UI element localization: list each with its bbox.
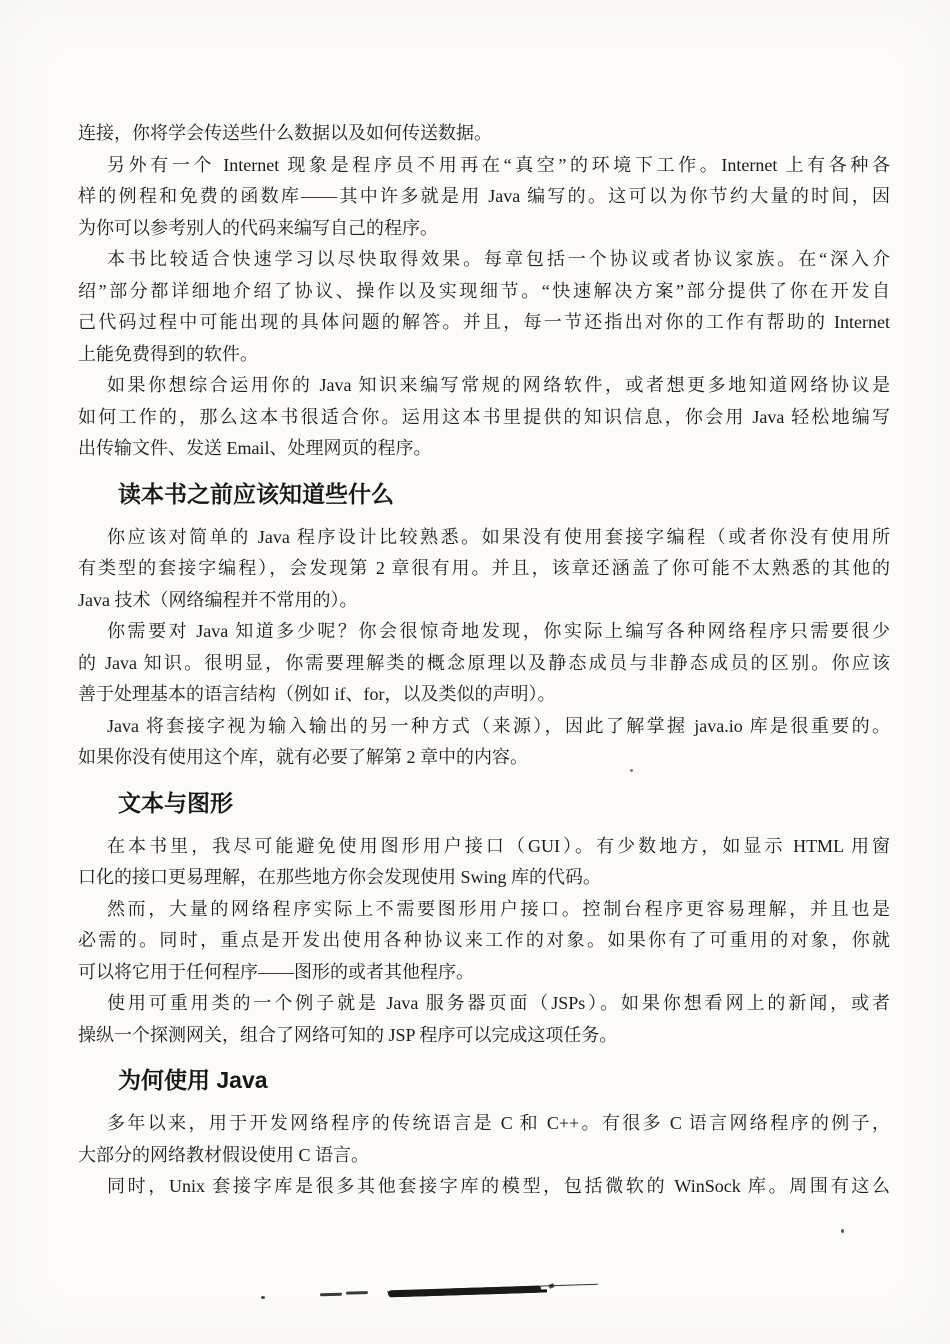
- text-line: Java 技术（网络编程并不常用的）。: [78, 585, 890, 617]
- paragraph: 然而，大量的网络程序实际上不需要图形用户接口。控制台程序更容易理解，并且也是必需…: [78, 894, 890, 989]
- text-line: Java 将套接字视为输入输出的另一种方式（来源），因此了解掌握 java.io…: [78, 711, 890, 743]
- text-line: 如果你没有使用这个库，就有必要了解第 2 章中的内容。: [78, 742, 890, 774]
- text-line: 在本书里，我尽可能避免使用图形用户接口（GUI）。有少数地方，如显示 HTML …: [78, 831, 890, 863]
- text-line: 连接，你将学会传送些什么数据以及如何传送数据。: [78, 118, 890, 150]
- ink-speck-artifact: [841, 1229, 844, 1233]
- text-line: 的 Java 知识。很明显，你需要理解类的概念原理以及静态成员与非静态成员的区别…: [78, 648, 890, 680]
- section-heading: 文本与图形: [118, 787, 890, 819]
- ink-dash-artifact: [320, 1293, 342, 1297]
- text-line: 样的例程和免费的函数库——其中许多就是用 Java 编写的。这可以为你节约大量的…: [78, 181, 890, 213]
- text-line: 上能免费得到的软件。: [78, 339, 890, 371]
- ink-tick-artifact: [548, 1283, 554, 1288]
- paragraph: 多年以来，用于开发网络程序的传统语言是 C 和 C++。有很多 C 语言网络程序…: [78, 1108, 890, 1171]
- ink-smudge-artifact: [388, 1286, 541, 1298]
- page-text: 连接，你将学会传送些什么数据以及如何传送数据。另外有一个 Internet 现象…: [78, 118, 890, 1203]
- paragraph: 使用可重用类的一个例子就是 Java 服务器页面（JSPs）。如果你想看网上的新…: [78, 988, 890, 1051]
- text-line: 你应该对简单的 Java 程序设计比较熟悉。如果没有使用套接字编程（或者你没有使…: [78, 522, 890, 554]
- text-line: 口化的接口更易理解，在那些地方你会发现使用 Swing 库的代码。: [78, 862, 890, 894]
- text-line: 己代码过程中可能出现的具体问题的解答。并且，每一节还指出对你的工作有帮助的 In…: [78, 307, 890, 339]
- text-line: 你需要对 Java 知道多少呢？你会很惊奇地发现，你实际上编写各种网络程序只需要…: [78, 616, 890, 648]
- section-heading: 读本书之前应该知道些什么: [118, 478, 890, 510]
- text-line: 必需的。同时，重点是开发出使用各种协议来工作的对象。如果你有了可重用的对象，你就: [78, 925, 890, 957]
- paragraph: 同时，Unix 套接字库是很多其他套接字库的模型，包括微软的 WinSock 库…: [78, 1171, 890, 1203]
- text-line: 本书比较适合快速学习以尽快取得效果。每章包括一个协议或者协议家族。在“深入介: [78, 244, 890, 276]
- ink-speck-artifact: [630, 769, 633, 772]
- text-line: 多年以来，用于开发网络程序的传统语言是 C 和 C++。有很多 C 语言网络程序…: [78, 1108, 890, 1140]
- text-line: 有类型的套接字编程），会发现第 2 章很有用。并且，该章还涵盖了你可能不太熟悉的…: [78, 553, 890, 585]
- text-line: 使用可重用类的一个例子就是 Java 服务器页面（JSPs）。如果你想看网上的新…: [78, 988, 890, 1020]
- ink-dot-artifact: [261, 1296, 265, 1299]
- paragraph: 如果你想综合运用你的 Java 知识来编写常规的网络软件，或者想更多地知道网络协…: [78, 370, 890, 465]
- text-line: 操纵一个探测网关，组合了网络可知的 JSP 程序可以完成这项任务。: [78, 1020, 890, 1052]
- text-line: 绍”部分都详细地介绍了协议、操作以及实现细节。“快速解决方案”部分提供了你在开发…: [78, 276, 890, 308]
- text-line: 如何工作的，那么这本书很适合你。运用这本书里提供的知识信息，你会用 Java 轻…: [78, 402, 890, 434]
- paragraph: 连接，你将学会传送些什么数据以及如何传送数据。: [78, 118, 890, 150]
- scanned-book-page: 连接，你将学会传送些什么数据以及如何传送数据。另外有一个 Internet 现象…: [0, 0, 950, 1344]
- text-line: 另外有一个 Internet 现象是程序员不用再在“真空”的环境下工作。Inte…: [78, 150, 890, 182]
- text-line: 然而，大量的网络程序实际上不需要图形用户接口。控制台程序更容易理解，并且也是: [78, 894, 890, 926]
- text-line: 可以将它用于任何程序——图形的或者其他程序。: [78, 957, 890, 989]
- text-line: 大部分的网络教材假设使用 C 语言。: [78, 1140, 890, 1172]
- text-line: 出传输文件、发送 Email、处理网页的程序。: [78, 433, 890, 465]
- paragraph: Java 将套接字视为输入输出的另一种方式（来源），因此了解掌握 java.io…: [78, 711, 890, 774]
- section-heading: 为何使用 Java: [118, 1064, 890, 1096]
- paragraph: 你应该对简单的 Java 程序设计比较熟悉。如果没有使用套接字编程（或者你没有使…: [78, 522, 890, 617]
- paragraph: 在本书里，我尽可能避免使用图形用户接口（GUI）。有少数地方，如显示 HTML …: [78, 831, 890, 894]
- paragraph: 你需要对 Java 知道多少呢？你会很惊奇地发现，你实际上编写各种网络程序只需要…: [78, 616, 890, 711]
- paragraph: 另外有一个 Internet 现象是程序员不用再在“真空”的环境下工作。Inte…: [78, 150, 890, 245]
- paragraph: 本书比较适合快速学习以尽快取得效果。每章包括一个协议或者协议家族。在“深入介绍”…: [78, 244, 890, 370]
- text-line: 如果你想综合运用你的 Java 知识来编写常规的网络软件，或者想更多地知道网络协…: [78, 370, 890, 402]
- text-line: 为你可以参考别人的代码来编写自己的程序。: [78, 213, 890, 245]
- text-line: 善于处理基本的语言结构（例如 if、for，以及类似的声明）。: [78, 679, 890, 711]
- text-line: 同时，Unix 套接字库是很多其他套接字库的模型，包括微软的 WinSock 库…: [78, 1171, 890, 1203]
